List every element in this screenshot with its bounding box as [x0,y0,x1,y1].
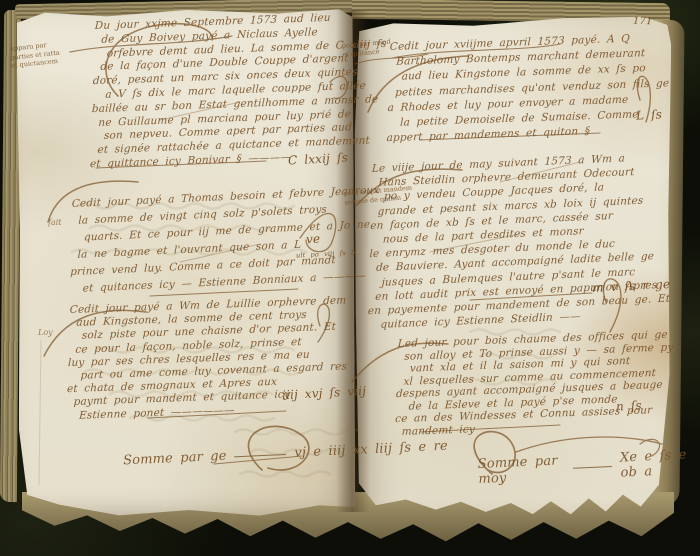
sum-dash [573,465,612,469]
ledger-entry: Cedit jour payé a Thomas besoin et febvr… [70,182,380,298]
sum-label: Somme par moy [477,453,565,487]
ledger-entry: Cedit jour payé a Wm de Luillie orphevre… [66,294,350,423]
ledger-entry: Du jour xxjme Septembre 1573 aud lieu de… [90,10,388,172]
margin-mark: fait [48,218,62,227]
entry-amount: n ſs [616,398,642,413]
entry-amount: ve [306,232,321,247]
margin-mark: Loy [38,328,53,337]
sum-amount: Xe e ſs e ob a [620,447,700,481]
ledger-entry: Le viije jour de may suivant 1573 a Wm a… [367,149,674,332]
sum-dash [234,452,286,456]
folio-number: 171 [633,16,653,28]
ledger-entry: Cedit jour xviijme apvril 1573 payé. A Q… [386,30,671,146]
entry-amount: L ſs [636,107,663,122]
manuscript-book: 171 Apparu par parties et ratta et quict… [0,0,700,556]
ledger-entry: Led jour pour bois chaume des offices qu… [395,328,675,438]
